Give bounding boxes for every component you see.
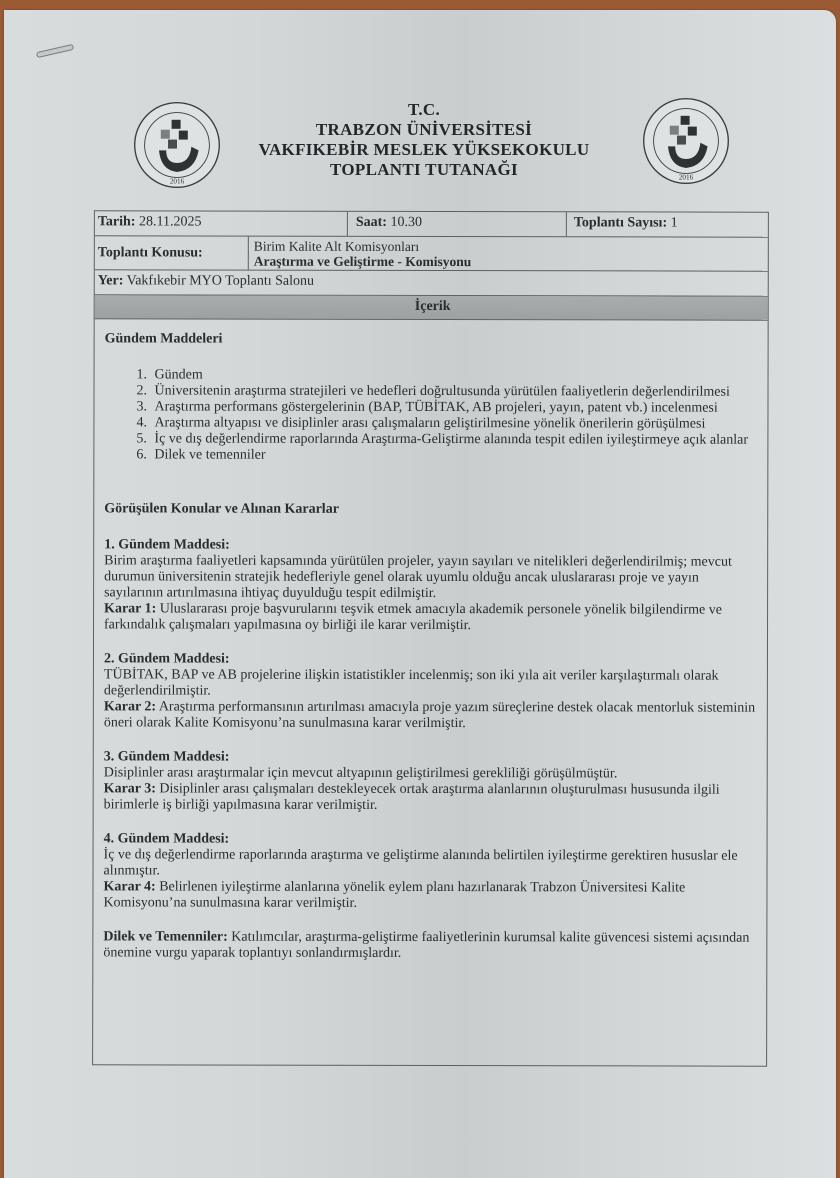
decision-text: Araştırma performansının artırılması ama…: [104, 699, 755, 731]
decision-label: Karar 1:: [104, 601, 156, 616]
agenda-title: Gündem Maddeleri: [105, 331, 758, 348]
agenda-item: Araştırma altyapısı ve disiplinler arası…: [150, 415, 757, 432]
section-body: TÜBİTAK, BAP ve AB projelerine ilişkin i…: [104, 667, 757, 700]
decision-label: Karar 3:: [104, 781, 156, 796]
decision-text: Uluslararası proje başvurularını teşvik …: [104, 601, 722, 633]
time-cell: Saat: 10.30: [353, 212, 556, 236]
agenda-item: Gündem: [151, 367, 758, 384]
info-row-subject: Toplantı Konusu: Birim Kalite Alt Komisy…: [95, 236, 768, 271]
decision-label: Karar 4:: [103, 879, 155, 894]
info-row-date: Tarih: 28.11.2025 Saat: 10.30 Toplantı S…: [95, 211, 768, 237]
content-header-row: İçerik: [95, 295, 768, 320]
decision: Karar 1: Uluslararası proje başvuruların…: [104, 601, 757, 634]
subject-label: Toplantı Konusu:: [95, 236, 248, 269]
title-tc: T.C.: [214, 100, 634, 120]
agenda-list: Gündem Üniversitenin araştırma stratejil…: [104, 367, 757, 464]
agenda-section-2: 2. Gündem Maddesi: TÜBİTAK, BAP ve AB pr…: [104, 651, 757, 732]
section-body: Disiplinler arası araştırmalar için mevc…: [104, 765, 757, 782]
svg-text:2016: 2016: [679, 174, 694, 182]
section-heading: 4. Gündem Maddesi:: [104, 831, 757, 848]
document-header: 2016 T.C. TRABZON ÜNİVERSİTESİ VAKFIKEBİ…: [104, 98, 744, 198]
time-label: Saat:: [356, 215, 387, 230]
section-heading: 1. Gündem Maddesi:: [104, 537, 757, 554]
section-body: Birim araştırma faaliyetleri kapsamında …: [104, 553, 757, 602]
document-page: 2016 T.C. TRABZON ÜNİVERSİTESİ VAKFIKEBİ…: [4, 10, 836, 1178]
agenda-item: Üniversitenin araştırma stratejileri ve …: [151, 383, 758, 400]
closing-remarks: Dilek ve Temenniler: Katılımcılar, araşt…: [103, 929, 756, 962]
closing-label: Dilek ve Temenniler:: [103, 929, 227, 944]
agenda-item: Dilek ve temenniler: [150, 447, 757, 464]
svg-text:2016: 2016: [170, 178, 185, 186]
title-school: VAKFIKEBİR MESLEK YÜKSEKOKULU: [214, 140, 634, 160]
discussion-title: Görüşülen Konular ve Alınan Kararlar: [104, 501, 757, 518]
minutes-content: Gündem Maddeleri Gündem Üniversitenin ar…: [103, 331, 757, 962]
decision-text: Disiplinler arası çalışmaları destekleye…: [104, 781, 720, 812]
decision: Karar 3: Disiplinler arası çalışmaları d…: [104, 781, 757, 814]
title-document: TOPLANTI TUTANAĞI: [214, 160, 634, 180]
meeting-count-cell: Toplantı Sayısı: 1: [571, 212, 764, 236]
date-label: Tarih:: [98, 214, 136, 229]
date-value: 28.11.2025: [139, 214, 202, 229]
agenda-item: İç ve dış değerlendirme raporlarında Ara…: [150, 431, 757, 448]
meeting-count-label: Toplantı Sayısı:: [574, 215, 667, 230]
decision-label: Karar 2:: [104, 699, 156, 714]
title-university: TRABZON ÜNİVERSİTESİ: [214, 120, 634, 140]
staple-icon: [36, 44, 74, 58]
university-logo-icon: 2016: [132, 100, 222, 190]
subject-cell: Birim Kalite Alt Komisyonları Araştırma …: [251, 237, 754, 271]
subject-line-1: Birim Kalite Alt Komisyonları: [254, 239, 754, 255]
info-row-place: Yer: Vakfıkebir MYO Toplantı Salonu: [95, 270, 768, 296]
section-body: İç ve dış değerlendirme raporlarında ara…: [103, 847, 756, 880]
agenda-item: Araştırma performans göstergelerinin (BA…: [150, 399, 757, 416]
section-heading: 3. Gündem Maddesi:: [104, 749, 757, 766]
place-value: Vakfıkebir MYO Toplantı Salonu: [127, 273, 314, 288]
decision: Karar 2: Araştırma performansının artırı…: [104, 699, 757, 732]
document-titles: T.C. TRABZON ÜNİVERSİTESİ VAKFIKEBİR MES…: [214, 100, 634, 180]
decision-text: Belirlenen iyileştirme alanlarına yöneli…: [103, 879, 685, 910]
place-label: Yer:: [98, 273, 124, 288]
agenda-section-1: 1. Gündem Maddesi: Birim araştırma faali…: [104, 537, 757, 634]
university-logo-icon: 2016: [641, 96, 731, 186]
minutes-table: Tarih: 28.11.2025 Saat: 10.30 Toplantı S…: [92, 210, 769, 1066]
agenda-section-4: 4. Gündem Maddesi: İç ve dış değerlendir…: [103, 831, 756, 912]
time-value: 10.30: [390, 215, 422, 230]
date-cell: Tarih: 28.11.2025: [95, 211, 348, 236]
content-header: İçerik: [95, 295, 768, 319]
section-heading: 2. Gündem Maddesi:: [104, 651, 757, 668]
meeting-count-value: 1: [671, 216, 678, 231]
subject-line-2: Araştırma ve Geliştirme - Komisyonu: [254, 254, 754, 270]
agenda-section-3: 3. Gündem Maddesi: Disiplinler arası ara…: [104, 749, 757, 814]
decision: Karar 4: Belirlenen iyileştirme alanları…: [103, 879, 756, 912]
place-cell: Yer: Vakfıkebir MYO Toplantı Salonu: [95, 270, 314, 294]
